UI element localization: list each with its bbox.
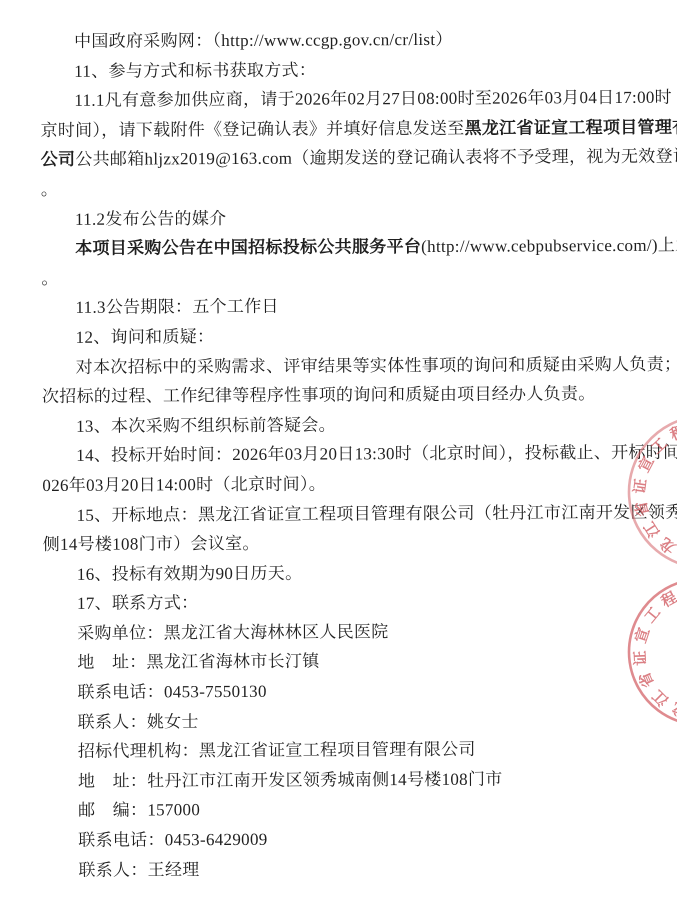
text-segment: 联系人：姚女士 [78, 712, 199, 732]
text-line: 026年03月20日14:00时（北京时间）。 [42, 468, 649, 501]
text-line: 次招标的过程、工作纪律等程序性事项的询问和质疑由项目经办人负责。 [42, 379, 649, 412]
text-line: 地 址：牡丹江市江南开发区领秀城南侧14号楼108门市 [44, 764, 651, 797]
text-segment: (http://www.cebpubservice.com/)上发布 [421, 236, 677, 257]
text-line: 京时间），请下载附件《登记确认表》并填好信息发送至黑龙江省证宣工程项目管理有限 [40, 113, 647, 146]
text-line: 。 [41, 172, 648, 205]
text-segment: 11.1凡有意参加供应商，请于2026年02月27日08:00时至2026年03… [74, 88, 677, 110]
text-line: 联系电话：0453-7550130 [43, 675, 650, 708]
text-segment: 招标代理机构：黑龙江省证宣工程项目管理有限公司 [78, 740, 476, 761]
text-segment: 黑龙江省证宣工程项目管理有限 [464, 117, 677, 137]
document-content: 中国政府采购网：（http://www.ccgp.gov.cn/cr/list）… [40, 24, 651, 885]
text-segment: 次招标的过程、工作纪律等程序性事项的询问和质疑由项目经办人负责。 [42, 384, 596, 406]
text-line: 招标代理机构：黑龙江省证宣工程项目管理有限公司 [44, 734, 651, 767]
text-segment: 联系人：王经理 [78, 860, 199, 880]
text-segment: 中国政府采购网：（http://www.ccgp.gov.cn/cr/list） [74, 30, 453, 51]
text-line: 采购单位：黑龙江省大海林林区人民医院 [43, 616, 650, 649]
text-segment: 。 [41, 269, 58, 288]
text-segment: 11.3公告期限：五个工作日 [75, 297, 278, 317]
text-segment: 026年03月20日14:00时（北京时间）。 [42, 474, 326, 494]
text-line: 13、本次采购不组织标前答疑会。 [42, 409, 649, 442]
text-line: 地 址：黑龙江省海林市长汀镇 [43, 645, 650, 678]
text-segment: 联系电话：0453-7550130 [77, 682, 266, 702]
text-segment: 。 [41, 180, 58, 199]
text-segment: 邮 编：157000 [78, 801, 200, 821]
text-segment: 16、投标有效期为90日历天。 [77, 563, 303, 583]
text-line: 对本次招标中的采购需求、评审结果等实体性事项的询问和质疑由采购人负责；对本 [42, 349, 649, 382]
text-line: 。 [41, 261, 648, 294]
text-segment: 地 址：牡丹江市江南开发区领秀城南侧14号楼108门市 [78, 769, 503, 790]
text-segment: 京时间），请下载附件《登记确认表》并填好信息发送至 [40, 119, 464, 140]
text-segment: 12、询问和质疑： [76, 327, 215, 347]
text-line: 侧14号楼108门市）会议室。 [43, 527, 650, 560]
text-line: 11.2发布公告的媒介 [41, 201, 648, 234]
text-line: 15、开标地点：黑龙江省证宣工程项目管理有限公司（牡丹江市江南开发区领秀城南 [42, 497, 649, 530]
text-line: 11.3公告期限：五个工作日 [41, 290, 648, 323]
text-segment: 对本次招标中的采购需求、评审结果等实体性事项的询问和质疑由采购人负责；对本 [76, 354, 677, 376]
text-segment: 公司 [41, 150, 76, 169]
text-line: 16、投标有效期为90日历天。 [43, 557, 650, 590]
text-line: 17、联系方式： [43, 586, 650, 619]
text-line: 本项目采购公告在中国招标投标公共服务平台(http://www.cebpubse… [41, 231, 648, 264]
text-segment: 11、参与方式和标书获取方式： [74, 60, 316, 80]
text-line: 公司公共邮箱hljzx2019@163.com（逾期发送的登记确认表将不予受理，… [41, 142, 648, 175]
text-line: 11.1凡有意参加供应商，请于2026年02月27日08:00时至2026年03… [40, 83, 647, 116]
text-line: 联系人：姚女士 [44, 704, 651, 737]
text-segment: 公共邮箱hljzx2019@163.com（逾期发送的登记确认表将不予受理，视为… [75, 147, 677, 169]
text-line: 14、投标开始时间：2026年03月20日13:30时（北京时间），投标截止、开… [42, 438, 649, 471]
text-segment: 14、投标开始时间：2026年03月20日13:30时（北京时间），投标截止、开… [76, 443, 677, 465]
text-line: 联系人：王经理 [44, 852, 651, 885]
text-line: 邮 编：157000 [44, 793, 651, 826]
text-line: 联系电话：0453-6429009 [44, 823, 651, 856]
text-segment: 15、开标地点：黑龙江省证宣工程项目管理有限公司（牡丹江市江南开发区领秀城南 [77, 502, 677, 524]
text-segment: 采购单位：黑龙江省大海林林区人民医院 [77, 622, 389, 643]
text-segment: 地 址：黑龙江省海林市长汀镇 [77, 652, 319, 672]
document-page: 中国政府采购网：（http://www.ccgp.gov.cn/cr/list）… [0, 0, 677, 902]
text-segment: 11.2发布公告的媒介 [75, 209, 227, 229]
text-segment: 联系电话：0453-6429009 [78, 830, 267, 850]
text-line: 12、询问和质疑： [42, 320, 649, 353]
text-segment: 13、本次采购不组织标前答疑会。 [76, 415, 336, 435]
text-line: 11、参与方式和标书获取方式： [40, 53, 647, 86]
text-segment: 本项目采购公告在中国招标投标公共服务平台 [75, 237, 421, 258]
text-segment: 17、联系方式： [77, 593, 199, 613]
text-line: 中国政府采购网：（http://www.ccgp.gov.cn/cr/list） [40, 24, 647, 57]
text-segment: 侧14号楼108门市）会议室。 [43, 534, 260, 554]
